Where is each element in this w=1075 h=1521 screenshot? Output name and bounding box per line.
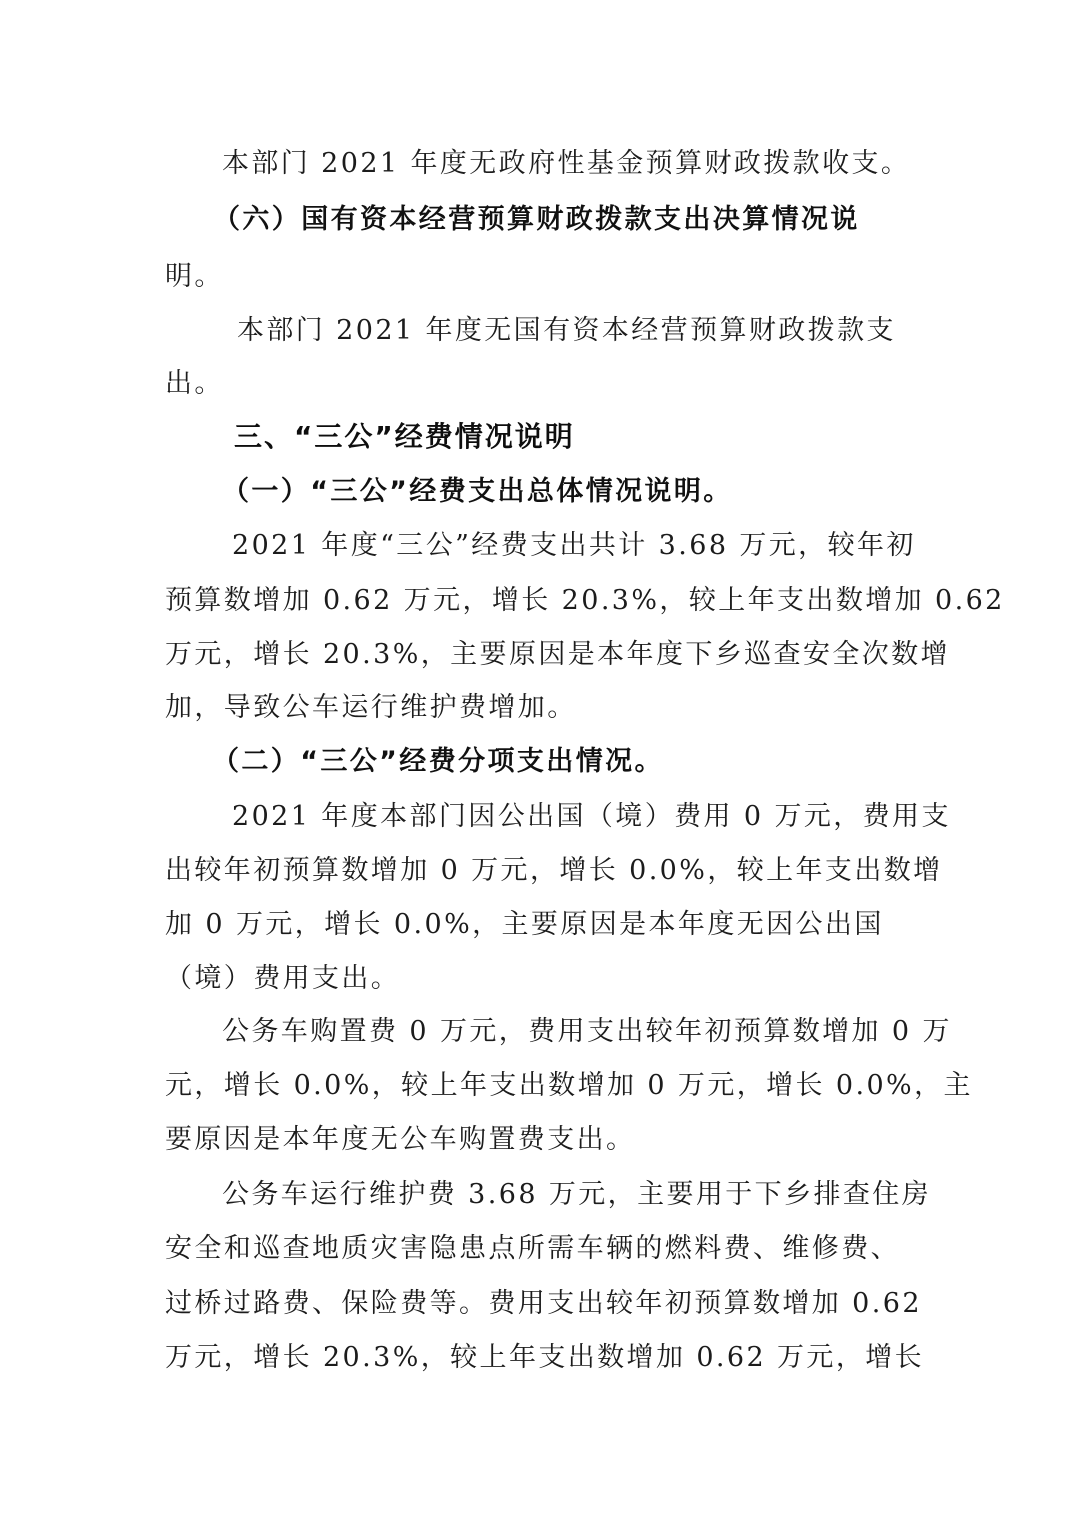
- paragraph-vehicle-purchase-line-3: 要原因是本年度无公车购置费支出。: [165, 1123, 635, 1157]
- section-heading-6-continuation: 明。: [165, 260, 224, 294]
- paragraph-overall-line-4: 加，导致公车运行维护费增加。: [165, 691, 577, 725]
- paragraph-overseas-line-3: 加 0 万元，增长 0.0%，主要原因是本年度无因公出国: [165, 908, 884, 942]
- subsection-heading-2-itemized: （二）“三公”经费分项支出情况。: [212, 745, 664, 779]
- paragraph-state-capital-none: 本部门 2021 年度无国有资本经营预算财政拨款支: [237, 314, 896, 348]
- paragraph-overseas-line-2: 出较年初预算数增加 0 万元，增长 0.0%，较上年支出数增: [165, 854, 943, 888]
- paragraph-vehicle-purchase-line-2: 元，增长 0.0%，较上年支出数增加 0 万元，增长 0.0%，主: [165, 1069, 973, 1103]
- section-heading-three-public-expenses: 三、“三公”经费情况说明: [234, 420, 575, 454]
- document-page: 本部门 2021 年度无政府性基金预算财政拨款收支。 （六）国有资本经营预算财政…: [0, 0, 1075, 1521]
- paragraph-fund-budget-none: 本部门 2021 年度无政府性基金预算财政拨款收支。: [222, 147, 910, 181]
- subsection-heading-1-overall: （一）“三公”经费支出总体情况说明。: [222, 475, 733, 509]
- paragraph-overseas-line-1: 2021 年度本部门因公出国（境）费用 0 万元，费用支: [232, 800, 951, 834]
- paragraph-overall-line-2: 预算数增加 0.62 万元，增长 20.3%，较上年支出数增加 0.62: [165, 584, 1005, 618]
- paragraph-vehicle-operation-line-1: 公务车运行维护费 3.68 万元，主要用于下乡排查住房: [222, 1178, 931, 1212]
- paragraph-vehicle-purchase-line-1: 公务车购置费 0 万元，费用支出较年初预算数增加 0 万: [222, 1015, 952, 1049]
- paragraph-vehicle-operation-line-4: 万元，增长 20.3%，较上年支出数增加 0.62 万元，增长: [165, 1341, 924, 1375]
- paragraph-overall-line-1: 2021 年度“三公”经费支出共计 3.68 万元，较年初: [232, 529, 916, 563]
- paragraph-state-capital-none-continuation: 出。: [165, 367, 224, 401]
- paragraph-vehicle-operation-line-2: 安全和巡查地质灾害隐患点所需车辆的燃料费、维修费、: [165, 1232, 900, 1266]
- paragraph-overall-line-3: 万元，增长 20.3%，主要原因是本年度下乡巡查安全次数增: [165, 638, 950, 672]
- paragraph-vehicle-operation-line-3: 过桥过路费、保险费等。费用支出较年初预算数增加 0.62: [165, 1287, 922, 1321]
- section-heading-6-state-capital: （六）国有资本经营预算财政拨款支出决算情况说: [213, 203, 860, 237]
- paragraph-overseas-line-4: （境）费用支出。: [165, 962, 400, 996]
